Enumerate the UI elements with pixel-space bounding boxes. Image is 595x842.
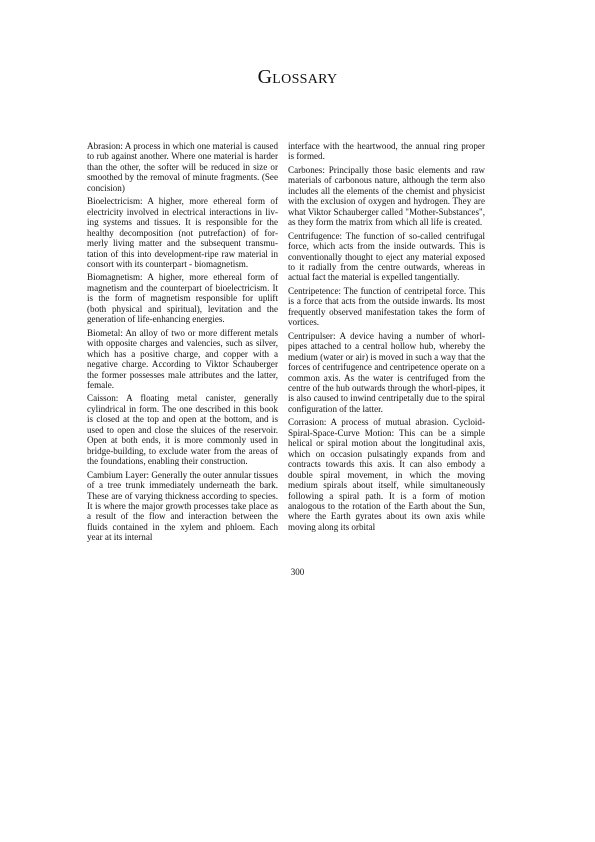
glossary-entry-biometal: Biometal: An alloy of two or more differ… (87, 328, 278, 391)
glossary-entry-corrasion-cycloid: Corrasion: A process of mutual abrasion.… (288, 417, 485, 532)
glossary-entry-centripulser: Centripulser: A device having a number o… (288, 331, 485, 415)
left-column: Abrasion: A process in which one materia… (87, 141, 278, 546)
page-title: Glossary (0, 66, 595, 89)
glossary-entry-centrifugence: Centrifugence: The function of so-called… (288, 231, 485, 283)
glossary-entry-cambium-layer: Cambium Layer: Generally the outer annul… (87, 470, 278, 543)
glossary-entry-centripetence: Centripetence: The function of centripet… (288, 286, 485, 328)
glossary-entry-cambium-continued: interface with the heartwood, the annual… (288, 141, 485, 162)
right-column: interface with the heartwood, the annual… (288, 141, 485, 535)
page-number: 300 (0, 567, 595, 577)
glossary-entry-carbones: Carbones: Principally those basic elemen… (288, 165, 485, 228)
glossary-entry-bioelectricism: Bioelectricism: A higher, more ethereal … (87, 196, 278, 269)
glossary-entry-caisson: Caisson: A floating metal canister, gene… (87, 393, 278, 466)
glossary-entry-abrasion: Abrasion: A process in which one materia… (87, 141, 278, 193)
glossary-entry-biomagnetism: Biomagnetism: A higher, more ethereal fo… (87, 272, 278, 324)
